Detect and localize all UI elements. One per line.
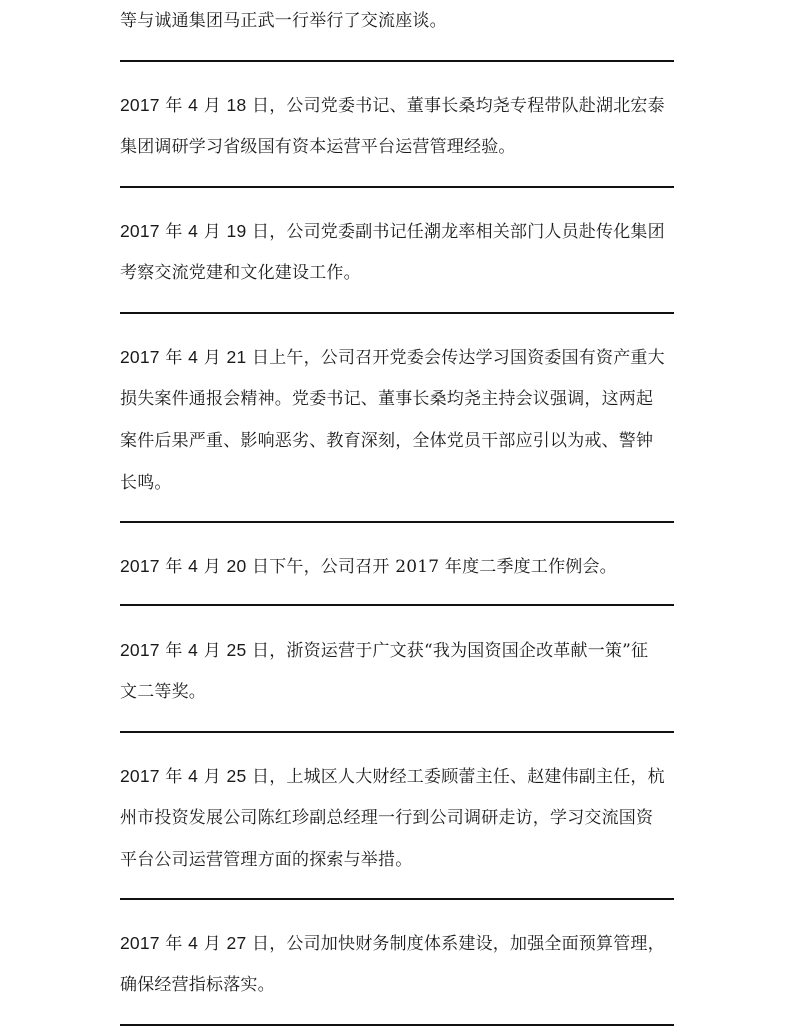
- entry-first-line: 2017 年 4 月 25 日，上城区人大财经工委顾蕾主任、赵建伟副主任，杭: [120, 766, 674, 787]
- entry-month: 4: [188, 933, 198, 953]
- entry-month: 4: [188, 347, 198, 367]
- entry-first-line: 2017 年 4 月 27 日，公司加快财务制度体系建设，加强全面预算管理，: [120, 933, 674, 954]
- entry-text-line: 损失案件通报会精神。党委书记、董事长桑均尧主持会议强调，这两起: [120, 389, 674, 409]
- divider: [120, 731, 674, 733]
- divider: [120, 898, 674, 900]
- entry-first-line: 2017 年 4 月 25 日，浙资运营于广文获“我为国资国企改革献一策”征: [120, 640, 674, 661]
- divider: [120, 60, 674, 62]
- entry-text-line: 等与诚通集团马正武一行举行了交流座谈。: [120, 11, 674, 31]
- entry-month: 4: [188, 221, 198, 241]
- entry-day: 25: [227, 640, 247, 660]
- entry-first-line: 2017 年 4 月 21 日上午，公司召开党委会传达学习国资委国有资产重大: [120, 347, 674, 368]
- entry-year: 2017: [120, 347, 160, 367]
- entry-day: 27: [227, 933, 247, 953]
- divider: [120, 312, 674, 314]
- entry-day: 21: [227, 347, 247, 367]
- entry-day: 18: [227, 95, 247, 115]
- entry-first-line: 2017 年 4 月 19 日，公司党委副书记任潮龙率相关部门人员赴传化集团: [120, 221, 674, 242]
- entry-year: 2017: [120, 556, 160, 576]
- entry-text-line: 长鸣。: [120, 473, 674, 493]
- entry-text-line: 平台公司运营管理方面的探索与举措。: [120, 850, 674, 870]
- divider: [120, 186, 674, 188]
- entry-year: 2017: [120, 933, 160, 953]
- entry-year: 2017: [120, 95, 160, 115]
- entry-day: 20: [227, 556, 247, 576]
- entry-day: 25: [227, 766, 247, 786]
- entry-day: 19: [227, 221, 247, 241]
- entry-year: 2017: [120, 221, 160, 241]
- entry-year: 2017: [120, 766, 160, 786]
- divider: [120, 604, 674, 606]
- divider: [120, 521, 674, 523]
- entry-month: 4: [188, 556, 198, 576]
- entry-month: 4: [188, 95, 198, 115]
- entry-text-line: 案件后果严重、影响恶劣、教育深刻，全体党员干部应引以为戒、警钟: [120, 431, 674, 451]
- entry-first-line: 2017 年 4 月 18 日，公司党委书记、董事长桑均尧专程带队赴湖北宏泰: [120, 95, 674, 116]
- entry-text-line: 考察交流党建和文化建设工作。: [120, 263, 674, 283]
- entry-text-line: 确保经营指标落实。: [120, 975, 674, 995]
- divider: [120, 1024, 674, 1026]
- entry-month: 4: [188, 766, 198, 786]
- entry-month: 4: [188, 640, 198, 660]
- entry-text-line: 集团调研学习省级国有资本运营平台运营管理经验。: [120, 137, 674, 157]
- entry-text-line: 文二等奖。: [120, 682, 674, 702]
- entry-text-line: 州市投资发展公司陈红珍副总经理一行到公司调研走访，学习交流国资: [120, 808, 674, 828]
- entry-first-line: 2017 年 4 月 20 日下午，公司召开 2017 年度二季度工作例会。: [120, 556, 674, 577]
- entry-year: 2017: [120, 640, 160, 660]
